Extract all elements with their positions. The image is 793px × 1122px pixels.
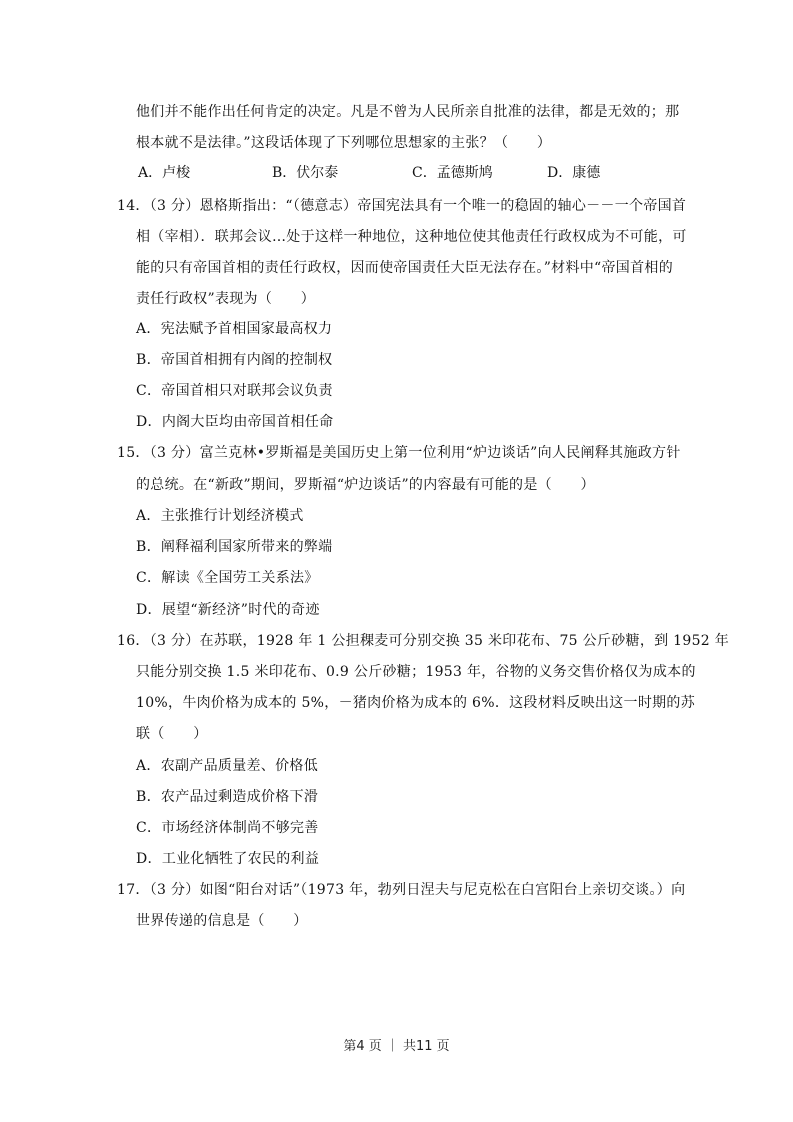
q14-stem-line-4: 责任行政权”表现为（ ） [136,289,315,309]
q16-stem-line-3: 10%，牛肉价格为成本的 5%，－猪肉价格为成本的 6%．这段材料反映出这一时期… [136,693,695,713]
q16-stem-line-2: 只能分别交换 1.5 米印花布、0.9 公斤砂糖；1953 年，谷物的义务交售价… [136,662,696,682]
q15-stem-line-2: 的总统。在“新政”期间，罗斯福“炉边谈话”的内容最有可能的是（ ） [136,475,595,495]
q14-stem-line-2: 相（宰相）．联邦会议…处于这样一种地位，这种地位使其他责任行政权成为不可能，可 [136,227,687,247]
q13-option-b: B．伏尔泰 [272,163,338,183]
q14-stem-line-1: 14．（3 分）恩格斯指出：“（德意志）帝国宪法具有一个唯一的稳固的轴心－－一个… [117,196,686,216]
q14-option-c: C．帝国首相只对联邦会议负责 [136,381,333,401]
q15-option-b: B．阐释福利国家所带来的弊端 [136,537,333,557]
q13-option-d: D．康德 [547,163,600,183]
q15-option-c: C．解读《全国劳工关系法》 [136,568,319,588]
exam-page: 他们并不能作出任何肯定的决定。凡是不曾为人民所亲自批准的法律，都是无效的；那 根… [0,0,793,1122]
q16-option-a: A．农副产品质量差、价格低 [136,756,318,776]
q17-stem-line-2: 世界传递的信息是（ ） [136,911,308,931]
q13-option-c: C．孟德斯鸠 [412,163,493,183]
q14-stem-line-3: 能的只有帝国首相的责任行政权，因而使帝国责任大臣无法存在。”材料中“帝国首相的 [136,258,673,278]
q13-line-2: 根本就不是法律。”这段话体现了下列哪位思想家的主张？（ ） [136,133,551,153]
q16-stem-line-1: 16．（3 分）在苏联，1928 年 1 公担稞麦可分别交换 35 米印花布、7… [117,631,729,651]
q15-option-d: D．展望“新经济”时代的奇迹 [136,600,320,620]
q16-option-c: C．市场经济体制尚不够完善 [136,818,319,838]
q14-option-b: B．帝国首相拥有内阁的控制权 [136,350,333,370]
q15-stem-line-1: 15．（3 分）富兰克林•罗斯福是美国历史上第一位利用“炉边谈话”向人民阐释其施… [117,443,681,463]
q15-option-a: A．主张推行计划经济模式 [136,506,304,526]
q13-option-a: A．卢梭 [138,163,190,183]
q17-stem-line-1: 17．（3 分）如图“阳台对话”（1973 年，勃列日涅夫与尼克松在白宫阳台上亲… [117,880,685,900]
q14-option-d: D．内阁大臣均由帝国首相任命 [136,412,333,432]
q13-line-1: 他们并不能作出任何肯定的决定。凡是不曾为人民所亲自批准的法律，都是无效的；那 [136,102,679,122]
q16-option-b: B．农产品过剩造成价格下滑 [136,787,318,807]
q16-stem-line-4: 联（ ） [136,724,208,744]
q14-option-a: A．宪法赋予首相国家最高权力 [136,319,332,339]
q16-option-d: D．工业化牺牲了农民的利益 [136,849,319,869]
page-footer: 第4 页 ｜ 共11 页 [0,1035,793,1054]
